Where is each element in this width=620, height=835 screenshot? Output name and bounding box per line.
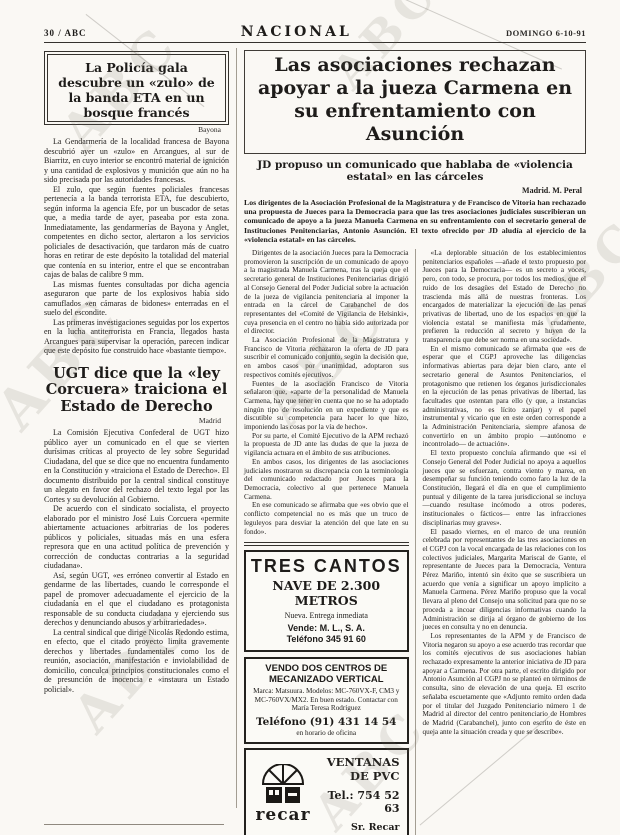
ad-recar-ventanas: recar VENTANAS DE PVC Tel.: 754 52 63 Sr… <box>244 748 409 835</box>
paragraph: La Comisión Ejecutiva Confederal de UGT … <box>44 428 229 504</box>
bottom-rule <box>44 824 224 825</box>
ad-detail: Marca: Matsuura. Modelos: MC-760VX-F, CM… <box>250 687 403 713</box>
main-subheadline: JD propuso un comunicado que hablaba de … <box>246 159 584 183</box>
paragraph: Las primeras investigaciones seguidas po… <box>44 318 229 356</box>
ad-title: TRES CANTOS <box>250 556 403 577</box>
newspaper-page: ABC ABC ABC ABC ABC ABC ABC 30 / ABC NAC… <box>0 0 620 835</box>
paragraph: De acuerdo con el sindicato socialista, … <box>44 504 229 571</box>
main-headline-box: Las asociaciones rechazan apoyar a la ju… <box>244 50 586 154</box>
header-rule <box>44 42 586 43</box>
paragraph: El zulo, que según fuentes policiales fr… <box>44 185 229 280</box>
eta-article-headline-box: La Policía gala descubre un «zulo» de la… <box>47 54 226 122</box>
left-column: La Policía gala descubre un «zulo» de la… <box>44 48 236 808</box>
lead-paragraph: Los dirigentes de la Asociación Profesio… <box>244 198 586 244</box>
paragraph: La Asociación Profesional de la Magistra… <box>244 336 409 380</box>
byline: Madrid. M. Peral <box>248 186 582 195</box>
eta-article-body: La Gendarmería de la localidad francesa … <box>44 137 229 356</box>
main-article-columns: Dirigentes de la asociación Jueces para … <box>244 249 586 835</box>
paragraph: «La deplorable situación de los establec… <box>423 249 587 345</box>
recar-logo: recar <box>253 764 313 825</box>
paragraph: En el mismo comunicado se afirmaba que «… <box>423 345 587 449</box>
ad-contact: Sr. Recar <box>319 822 400 833</box>
page-date: DOMINGO 6-10-91 <box>506 28 586 38</box>
page-folio: 30 / ABC <box>44 28 87 38</box>
ugt-article-body: La Comisión Ejecutiva Confederal de UGT … <box>44 428 229 694</box>
paragraph: Las mismas fuentes consultadas por dicha… <box>44 280 229 318</box>
ad-detail: Nueva. Entrega inmediata <box>250 611 403 620</box>
paragraph: La central sindical que dirige Nicolás R… <box>44 628 229 695</box>
ad-title: VENTANAS DE PVC <box>319 755 400 783</box>
paragraph: La Gendarmería de la localidad francesa … <box>44 137 229 185</box>
eta-article-dateline: Bayona <box>44 124 229 137</box>
paragraph: Así, según UGT, «es erróneo convertir al… <box>44 571 229 628</box>
ad-subtitle: NAVE DE 2.300 METROS <box>250 578 403 608</box>
ad-title: VENDO DOS CENTROS DE MECANIZADO VERTICAL <box>250 663 403 685</box>
paragraph: Dirigentes de la asociación Jueces para … <box>244 249 409 336</box>
paragraph: El pasado viernes, en el marco de una re… <box>423 528 587 632</box>
ad-note: en horario de oficina <box>250 729 403 737</box>
ad-phone: Teléfono (91) 431 14 54 <box>250 716 403 728</box>
main-article-col2: «La deplorable situación de los establec… <box>416 249 587 835</box>
eta-article-headline: La Policía gala descubre un «zulo» de la… <box>55 60 218 120</box>
section-title: NACIONAL <box>241 24 352 40</box>
ad-brand: recar <box>255 805 310 825</box>
main-article: Las asociaciones rechazan apoyar a la ju… <box>237 48 586 808</box>
page-header: 30 / ABC NACIONAL DOMINGO 6-10-91 <box>44 24 586 40</box>
paragraph: En ambos casos, los dirigentes de las as… <box>244 458 409 502</box>
ad-phone: Tel.: 754 52 63 <box>319 789 400 815</box>
paragraph: El texto propuesto concluía afirmando qu… <box>423 449 587 527</box>
paragraph: Por su parte, el Comité Ejecutivo de la … <box>244 432 409 458</box>
ugt-article-headline: UGT dice que la «ley Corcuera» traiciona… <box>44 366 229 416</box>
window-fan-icon <box>260 764 306 804</box>
ugt-article-dateline: Madrid <box>44 415 229 428</box>
paragraph: En ese comunicado se afirmaba que «es ob… <box>244 501 409 536</box>
ad-mecanizado: VENDO DOS CENTROS DE MECANIZADO VERTICAL… <box>244 657 409 744</box>
ad-phone: Teléfono 345 91 60 <box>250 634 403 644</box>
main-article-col1: Dirigentes de la asociación Jueces para … <box>244 249 415 835</box>
paragraph: Los representantes de la APM y de Franci… <box>423 632 587 736</box>
main-headline: Las asociaciones rechazan apoyar a la ju… <box>253 54 577 146</box>
page-content: La Policía gala descubre un «zulo» de la… <box>44 48 586 808</box>
ad-tres-cantos: TRES CANTOS NAVE DE 2.300 METROS Nueva. … <box>244 550 409 652</box>
paragraph: Fuentes de la asociación Francisco de Vi… <box>244 380 409 432</box>
ad-seller: Vende: M. L., S. A. <box>250 623 403 633</box>
ad-section-divider <box>244 542 409 546</box>
